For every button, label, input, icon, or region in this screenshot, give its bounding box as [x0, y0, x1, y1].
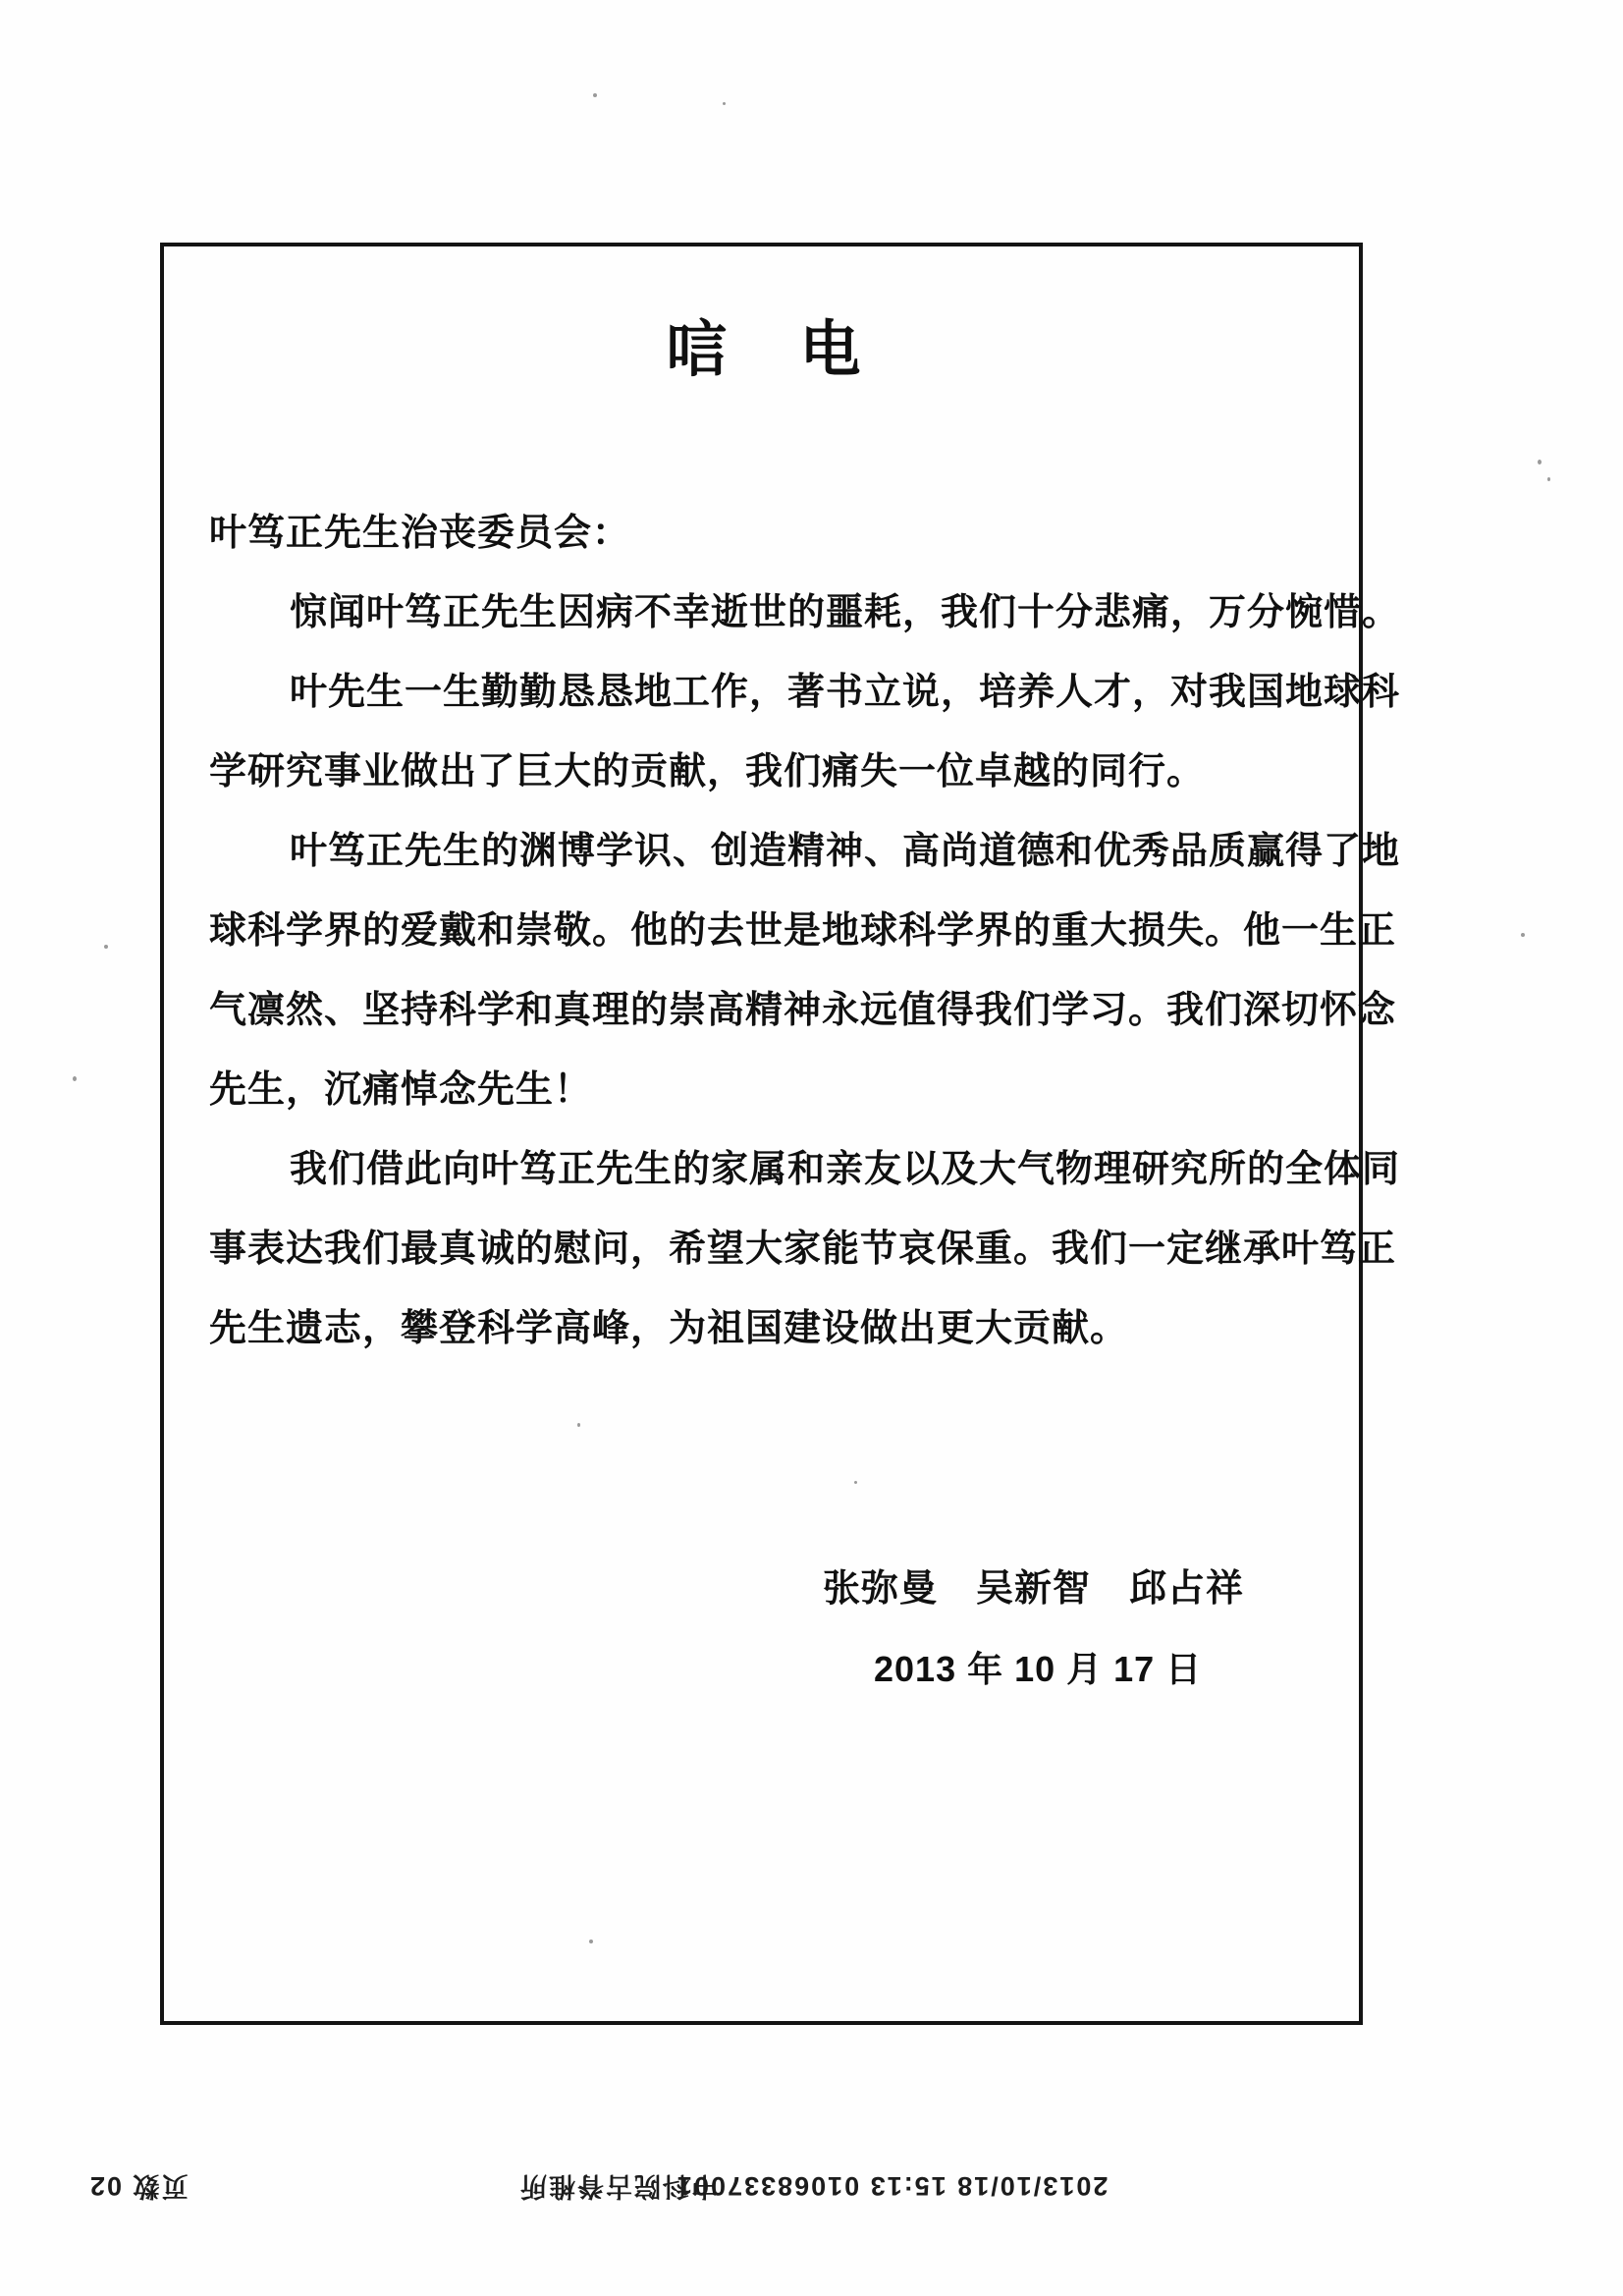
body-line: 叶先生一生勤勤恳恳地工作，著书立说，培养人才，对我国地球科 [209, 653, 1324, 733]
body-line: 先生遗志，攀登科学高峰，为祖国建设做出更大贡献。 [209, 1289, 1324, 1369]
body-line: 学研究事业做出了巨大的贡献，我们痛失一位卓越的同行。 [209, 733, 1324, 812]
fax-footer-timestamp-phone: 2013/10/18 15:13 01068337001 [676, 2165, 1108, 2207]
signature-names: 张弥曼 吴新智 邱占祥 [209, 1550, 1324, 1629]
scan-speck [104, 945, 108, 949]
body-line: 球科学界的爱戴和崇敬。他的去世是地球科学界的重大损失。他一生正 [209, 892, 1324, 971]
scan-speck [1538, 460, 1542, 465]
scanned-condolence-telegram-page: 唁 电 叶笃正先生治丧委员会： 惊闻叶笃正先生因病不幸逝世的噩耗，我们十分悲痛，… [0, 0, 1623, 2296]
scan-speck [577, 1423, 580, 1427]
scan-speck [589, 1940, 593, 1943]
salutation: 叶笃正先生治丧委员会： [209, 494, 1324, 574]
body-line: 叶笃正先生的渊博学识、创造精神、高尚道德和优秀品质赢得了地 [209, 812, 1324, 892]
body-line: 先生，沉痛悼念先生！ [209, 1051, 1324, 1130]
document-border-box: 唁 电 叶笃正先生治丧委员会： 惊闻叶笃正先生因病不幸逝世的噩耗，我们十分悲痛，… [160, 243, 1363, 2025]
document-title: 唁 电 [209, 303, 1324, 397]
body-line: 惊闻叶笃正先生因病不幸逝世的噩耗，我们十分悲痛，万分惋惜。 [209, 574, 1324, 653]
date-line: 2013 年 10 月 17 日 [209, 1629, 1324, 1709]
scan-speck [1521, 933, 1525, 937]
scan-speck [593, 93, 597, 97]
body-line: 事表达我们最真诚的慰问，希望大家能节哀保重。我们一定继承叶笃正 [209, 1210, 1324, 1289]
body-line: 气凛然、坚持科学和真理的崇高精神永远值得我们学习。我们深切怀念 [209, 971, 1324, 1051]
body-lines: 惊闻叶笃正先生因病不幸逝世的噩耗，我们十分悲痛，万分惋惜。叶先生一生勤勤恳恳地工… [209, 574, 1324, 1369]
scan-speck [73, 1076, 77, 1081]
fax-footer-page-count: 页数 02 [88, 2165, 189, 2207]
body-line: 我们借此向叶笃正先生的家属和亲友以及大气物理研究所的全体同 [209, 1130, 1324, 1210]
scan-speck [854, 1481, 857, 1484]
scan-speck [1547, 477, 1550, 481]
scan-speck [723, 102, 726, 105]
